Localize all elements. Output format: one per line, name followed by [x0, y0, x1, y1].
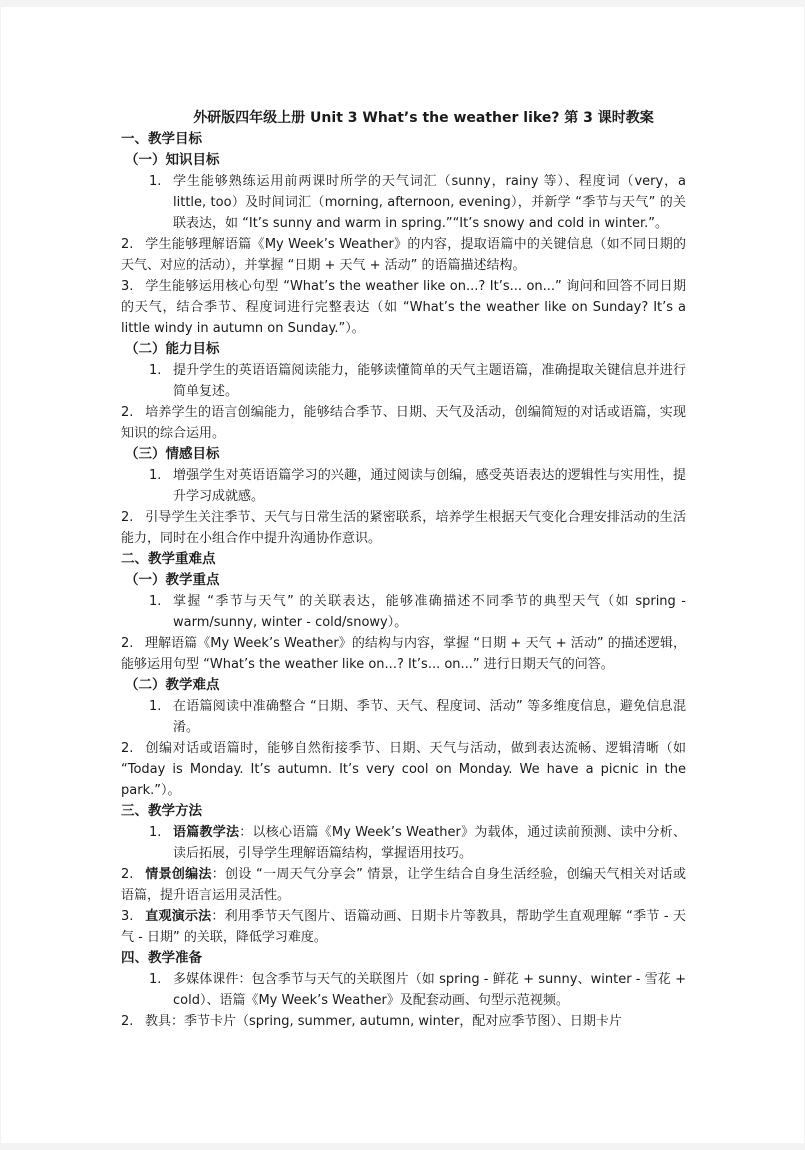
list-item: 1. 多媒体课件：包含季节与天气的关联图片（如 spring - 鲜花 + su… — [121, 969, 686, 1011]
list-number: 2. — [121, 864, 145, 885]
list-item: 3.直观演示法：利用季节天气图片、语篇动画、日期卡片等教具，帮助学生直观理解 “… — [121, 906, 686, 948]
list-number: 1. — [149, 360, 173, 402]
list-number: 2. — [121, 234, 145, 255]
list-text: 学生能够理解语篇《My Week’s Weather》的内容，提取语篇中的关键信… — [121, 237, 686, 273]
list-text: 增强学生对英语语篇学习的兴趣，通过阅读与创编，感受英语表达的逻辑性与实用性，提升… — [173, 465, 686, 507]
method-name: 语篇教学法 — [173, 825, 239, 840]
list-text: 创编对话或语篇时，能够自然衔接季节、日期、天气与活动，做到表达流畅、逻辑清晰（如… — [121, 741, 686, 798]
list-item: 2.学生能够理解语篇《My Week’s Weather》的内容，提取语篇中的关… — [121, 234, 686, 276]
list-text: 引导学生关注季节、天气与日常生活的紧密联系，培养学生根据天气变化合理安排活动的生… — [121, 510, 686, 546]
method-name: 直观演示法 — [145, 909, 211, 924]
list-item: 1. 增强学生对英语语篇学习的兴趣，通过阅读与创编，感受英语表达的逻辑性与实用性… — [121, 465, 686, 507]
document-title: 外研版四年级上册 Unit 3 What’s the weather like?… — [121, 107, 686, 129]
list-number: 1. — [149, 171, 173, 234]
list-text: ：以核心语篇《My Week’s Weather》为载体，通过读前预测、读中分析… — [173, 825, 686, 861]
list-number: 3. — [121, 906, 145, 927]
list-number: 2. — [121, 738, 145, 759]
list-item: 2.引导学生关注季节、天气与日常生活的紧密联系，培养学生根据天气变化合理安排活动… — [121, 507, 686, 549]
list-item: 2.教具：季节卡片（spring, summer, autumn, winter… — [121, 1011, 686, 1032]
list-number: 2. — [121, 633, 145, 654]
list-item: 1. 在语篇阅读中准确整合 “日期、季节、天气、程度词、活动” 等多维度信息，避… — [121, 696, 686, 738]
list-item: 1. 掌握 “季节与天气” 的关联表达，能够准确描述不同季节的典型天气（如 sp… — [121, 591, 686, 633]
subsection-heading-knowledge: （一）知识目标 — [121, 150, 686, 171]
list-item: 3.学生能够运用核心句型 “What’s the weather like on… — [121, 276, 686, 339]
subsection-heading-emotion: （三）情感目标 — [121, 444, 686, 465]
list-item: 1. 学生能够熟练运用前两课时所学的天气词汇（sunny，rainy 等）、程度… — [121, 171, 686, 234]
list-text: 培养学生的语言创编能力，能够结合季节、日期、天气及活动，创编简短的对话或语篇，实… — [121, 405, 686, 441]
list-text: 学生能够熟练运用前两课时所学的天气词汇（sunny，rainy 等）、程度词（v… — [173, 171, 686, 234]
list-item: 1. 提升学生的英语语篇阅读能力，能够读懂简单的天气主题语篇，准确提取关键信息并… — [121, 360, 686, 402]
list-item: 1. 语篇教学法：以核心语篇《My Week’s Weather》为载体，通过读… — [121, 822, 686, 864]
list-text: 理解语篇《My Week’s Weather》的结构与内容，掌握 “日期 + 天… — [121, 636, 686, 672]
section-heading-key-points: 二、教学重难点 — [121, 549, 686, 570]
list-text: 学生能够运用核心句型 “What’s the weather like on..… — [121, 279, 686, 336]
subsection-heading-ability: （二）能力目标 — [121, 339, 686, 360]
list-text: 在语篇阅读中准确整合 “日期、季节、天气、程度词、活动” 等多维度信息，避免信息… — [173, 696, 686, 738]
list-number: 1. — [149, 465, 173, 507]
list-number: 2. — [121, 402, 145, 423]
list-text: 多媒体课件：包含季节与天气的关联图片（如 spring - 鲜花 + sunny… — [173, 969, 686, 1011]
list-number: 1. — [149, 969, 173, 1011]
section-heading-preparation: 四、教学准备 — [121, 948, 686, 969]
method-name: 情景创编法 — [145, 867, 212, 882]
document-page: 外研版四年级上册 Unit 3 What’s the weather like?… — [1, 7, 804, 1143]
subsection-heading-focus: （一）教学重点 — [121, 570, 686, 591]
list-number: 2. — [121, 507, 145, 528]
document-content: 外研版四年级上册 Unit 3 What’s the weather like?… — [121, 107, 686, 1032]
list-number: 2. — [121, 1011, 145, 1032]
list-number: 1. — [149, 696, 173, 738]
list-text: 提升学生的英语语篇阅读能力，能够读懂简单的天气主题语篇，准确提取关键信息并进行简… — [173, 360, 686, 402]
list-item: 2.情景创编法：创设 “一周天气分享会” 情景，让学生结合自身生活经验，创编天气… — [121, 864, 686, 906]
section-heading-methods: 三、教学方法 — [121, 801, 686, 822]
subsection-heading-difficulty: （二）教学难点 — [121, 675, 686, 696]
list-text: 教具：季节卡片（spring, summer, autumn, winter，配… — [145, 1014, 622, 1029]
section-heading-objectives: 一、教学目标 — [121, 129, 686, 150]
list-text: 掌握 “季节与天气” 的关联表达，能够准确描述不同季节的典型天气（如 sprin… — [173, 591, 686, 633]
list-number: 1. — [149, 822, 173, 864]
list-item: 2.理解语篇《My Week’s Weather》的结构与内容，掌握 “日期 +… — [121, 633, 686, 675]
list-number: 3. — [121, 276, 145, 297]
list-item: 2.创编对话或语篇时，能够自然衔接季节、日期、天气与活动，做到表达流畅、逻辑清晰… — [121, 738, 686, 801]
list-number: 1. — [149, 591, 173, 633]
list-item: 2.培养学生的语言创编能力，能够结合季节、日期、天气及活动，创编简短的对话或语篇… — [121, 402, 686, 444]
